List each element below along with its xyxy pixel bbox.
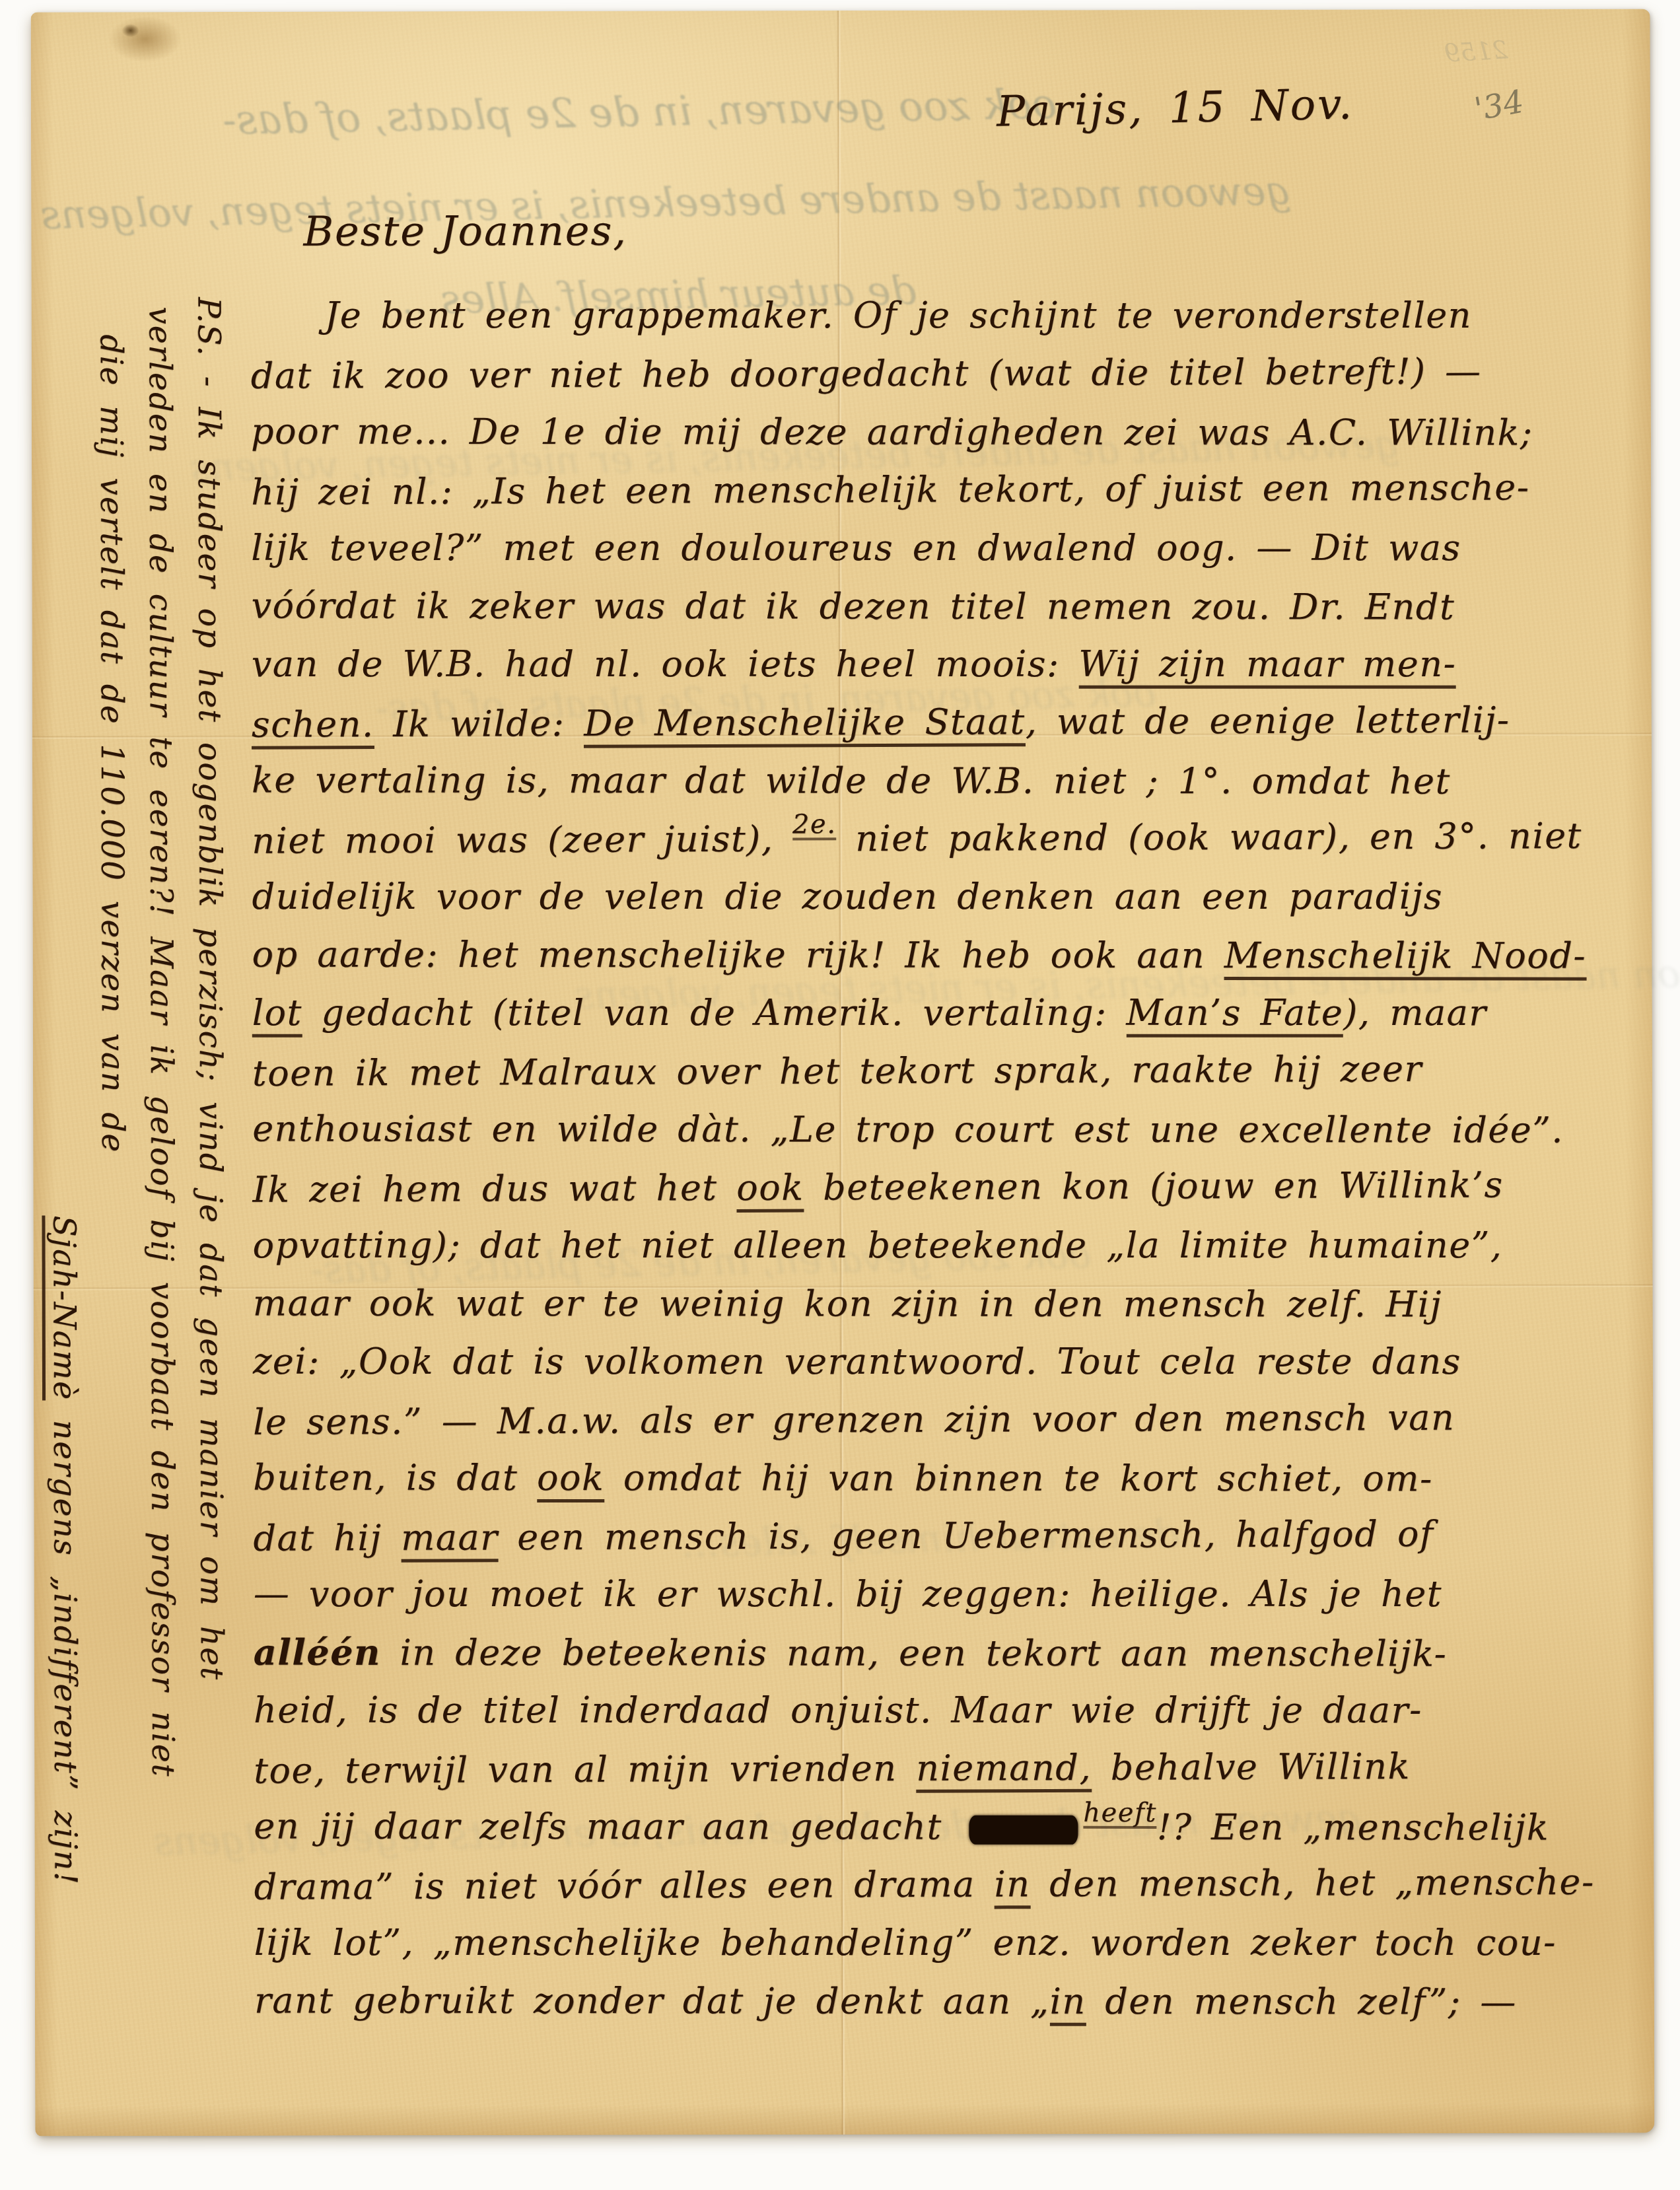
- margin-ps-line: die mij vertelt dat de 110.000 verzen va…: [93, 334, 131, 1153]
- margin-ps-line: P.S. - Ik studeer op het oogenblik perzi…: [191, 297, 230, 1681]
- margin-ps-line: Sjah-Namè nergens „indifferent” zijn!: [46, 1215, 83, 1886]
- margin-postscript: P.S. - Ik studeer op het oogenblik perzi…: [31, 9, 1655, 2136]
- margin-ps-line: verleden en de cultuur te eeren?! Maar i…: [142, 306, 182, 1777]
- scan-background: ook zoo gevaren, in de 2e plaats, of das…: [0, 0, 1680, 2190]
- underlined-text: Sjah-Namè: [42, 1215, 83, 1401]
- letter-paper: ook zoo gevaren, in de 2e plaats, of das…: [31, 9, 1655, 2136]
